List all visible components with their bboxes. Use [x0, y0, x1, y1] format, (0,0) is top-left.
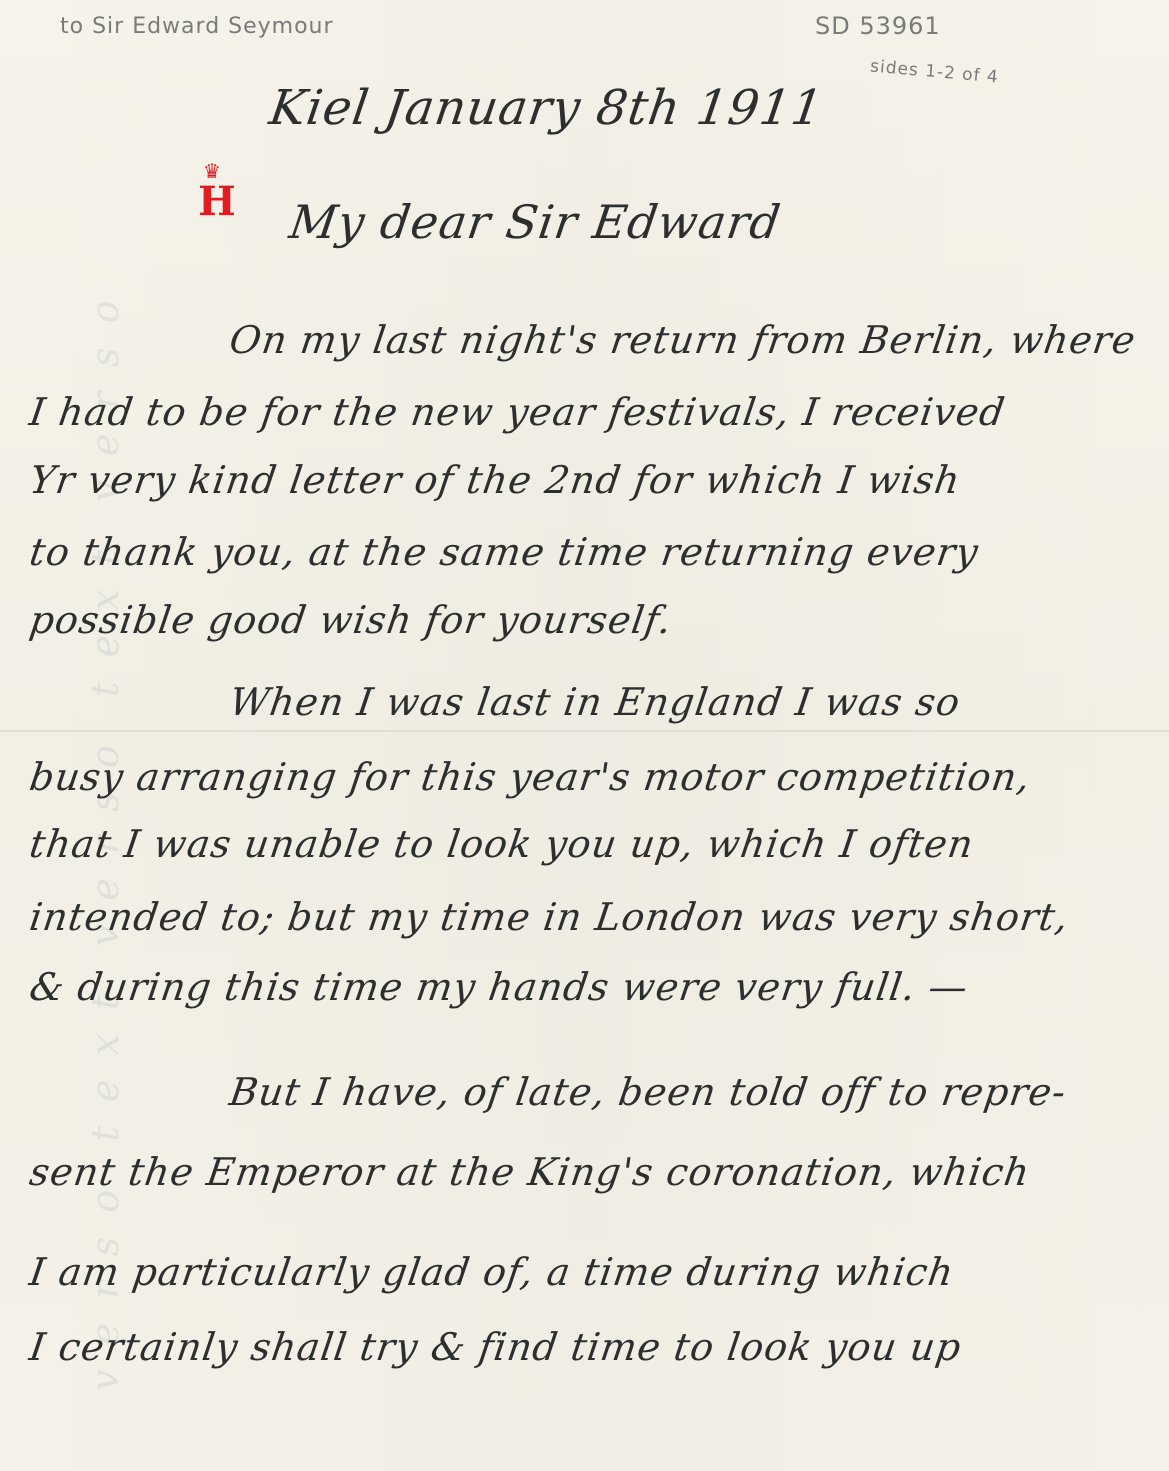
letter-salutation: My dear Sir Edward: [286, 195, 784, 249]
archive-note-recipient: to Sir Edward Seymour: [60, 14, 334, 39]
letter-line: busy arranging for this year's motor com…: [27, 755, 1034, 799]
letter-line: I am particularly glad of, a time during…: [27, 1250, 957, 1294]
letter-line: & during this time my hands were very fu…: [27, 965, 971, 1009]
letter-line: I certainly shall try & find time to loo…: [27, 1325, 964, 1369]
letter-line: On my last night's return from Berlin, w…: [227, 318, 1139, 362]
letter-line: I had to be for the new year festivals, …: [27, 390, 1008, 434]
letter-line: intended to; but my time in London was v…: [27, 895, 1072, 939]
royal-monogram: ♛ H: [198, 160, 226, 230]
letter-line: Yr very kind letter of the 2nd for which…: [27, 458, 963, 502]
archive-reference-number: SD 53961: [815, 12, 941, 40]
letter-line: to thank you, at the same time returning…: [27, 530, 982, 574]
letter-line: that I was unable to look you up, which …: [27, 822, 977, 866]
letter-line: sent the Emperor at the King's coronatio…: [27, 1150, 1033, 1194]
letter-line: possible good wish for yourself.: [27, 598, 675, 642]
letter-line: But I have, of late, been told off to re…: [227, 1070, 1069, 1114]
paper-fold-crease: [0, 730, 1169, 732]
monogram-letter: H: [198, 182, 226, 222]
letter-line: When I was last in England I was so: [227, 680, 963, 724]
letter-date-line: Kiel January 8th 1911: [266, 80, 827, 136]
